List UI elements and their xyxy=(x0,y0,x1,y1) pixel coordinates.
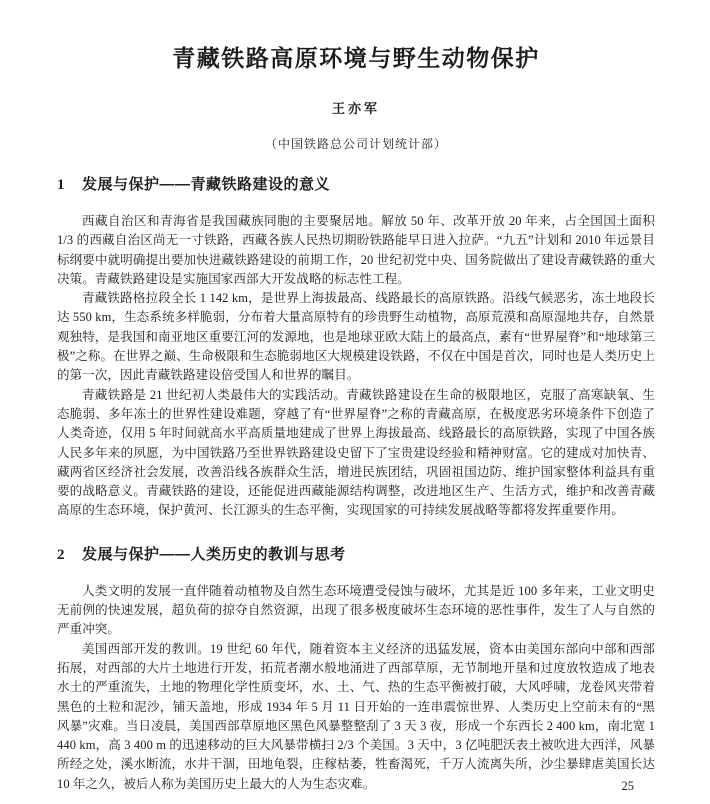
paragraph: 美国西部开发的教训。19 世纪 60 年代，随着资本主义经济的迅猛发展，资本由美… xyxy=(57,640,655,794)
section-number: 2 xyxy=(57,546,65,565)
document-page: 青藏铁路高原环境与野生动物保护 王亦军 （中国铁路总公司计划统计部） 1发展与保… xyxy=(0,0,710,804)
section-heading: 2发展与保护——人类历史的教训与思考 xyxy=(57,545,655,565)
section-heading: 1发展与保护——青藏铁路建设的意义 xyxy=(57,175,655,195)
section-heading-text: 发展与保护——人类历史的教训与思考 xyxy=(82,546,346,563)
document-title: 青藏铁路高原环境与野生动物保护 xyxy=(57,44,655,74)
section-number: 1 xyxy=(57,176,65,195)
document-body: 1发展与保护——青藏铁路建设的意义西藏自治区和青海省是我国藏族同胞的主要聚居地。… xyxy=(57,175,655,794)
paragraph: 青藏铁路格拉段全长 1 142 km，是世界上海拔最高、线路最长的高原铁路。沿线… xyxy=(57,289,655,385)
section-heading-text: 发展与保护——青藏铁路建设的意义 xyxy=(82,176,330,193)
author-affiliation: （中国铁路总公司计划统计部） xyxy=(57,137,655,151)
paragraph: 青藏铁路是 21 世纪初人类最伟大的实践活动。青藏铁路建设在生命的极限地区，克服… xyxy=(57,386,655,521)
paragraph: 西藏自治区和青海省是我国藏族同胞的主要聚居地。解放 50 年、改革开放 20 年… xyxy=(57,212,655,289)
paragraph: 人类文明的发展一直伴随着动植物及自然生态环境遭受侵蚀与破坏，尤其是近 100 多… xyxy=(57,582,655,640)
author-name: 王亦军 xyxy=(57,101,655,116)
page-number: 25 xyxy=(622,779,635,794)
